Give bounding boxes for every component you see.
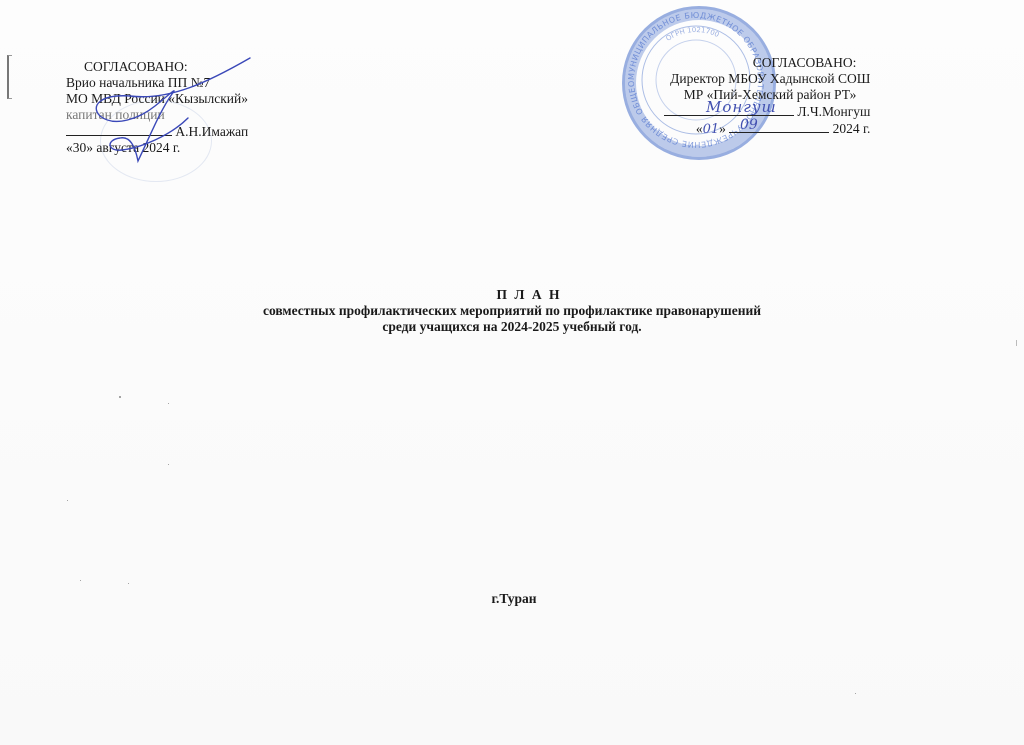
svg-text:ОГРН 1021700: ОГРН 1021700 xyxy=(665,26,721,43)
approval-right-organization: МР «Пий-Хемский район РТ» xyxy=(664,87,870,103)
date-month-underline xyxy=(729,120,829,133)
scan-binder-mark xyxy=(7,55,12,99)
plan-heading: П Л А Н xyxy=(0,287,1024,303)
approval-right-signature-line: Л.Ч.Монгуш xyxy=(664,103,870,120)
scan-speck xyxy=(67,500,68,501)
date-close-quote: » xyxy=(719,121,726,136)
approval-left-signatory: А.Н.Имажап xyxy=(175,124,248,139)
approval-left-signature-line: А.Н.Имажап xyxy=(66,123,248,140)
approval-left-rank: капитан полиции xyxy=(66,107,248,123)
document-title-block: П Л А Н совместных профилактических меро… xyxy=(0,287,1024,335)
scan-edge-mark xyxy=(1016,340,1017,346)
signature-underline xyxy=(664,103,794,116)
approval-right-date: «01» 2024 г. xyxy=(664,120,870,138)
plan-subtitle-line-2: среди учащихся на 2024-2025 учебный год. xyxy=(0,319,1024,335)
signature-underline xyxy=(66,123,172,136)
scan-speck xyxy=(119,396,121,398)
approval-right-position: Директор МБОУ Хадынской СОШ xyxy=(664,71,870,87)
plan-subtitle-line-1: совместных профилактических мероприятий … xyxy=(0,303,1024,319)
approval-block-left: СОГЛАСОВАНО: Врио начальника ПП №7 МО МВ… xyxy=(66,59,248,156)
approval-left-organization: МО МВД России «Кызылский» xyxy=(66,91,248,107)
scan-speck xyxy=(855,693,856,694)
approval-right-heading: СОГЛАСОВАНО: xyxy=(664,55,870,71)
document-page: СОГЛАСОВАНО: Врио начальника ПП №7 МО МВ… xyxy=(0,0,1024,745)
scan-speck xyxy=(168,464,169,465)
date-open-quote: « xyxy=(696,121,703,136)
approval-left-date: «30» августа 2024 г. xyxy=(66,140,248,156)
scan-speck xyxy=(128,583,129,584)
scan-speck xyxy=(80,580,81,581)
scan-speck xyxy=(168,403,169,404)
city-footer: г.Туран xyxy=(0,591,1024,607)
approval-right-signatory: Л.Ч.Монгуш xyxy=(797,104,870,119)
date-year: 2024 г. xyxy=(833,121,871,136)
approval-left-position: Врио начальника ПП №7 xyxy=(66,75,248,91)
approval-block-right: СОГЛАСОВАНО: Директор МБОУ Хадынской СОШ… xyxy=(664,55,870,138)
date-day-handwritten: 01 xyxy=(703,122,720,137)
approval-left-heading: СОГЛАСОВАНО: xyxy=(66,59,248,75)
